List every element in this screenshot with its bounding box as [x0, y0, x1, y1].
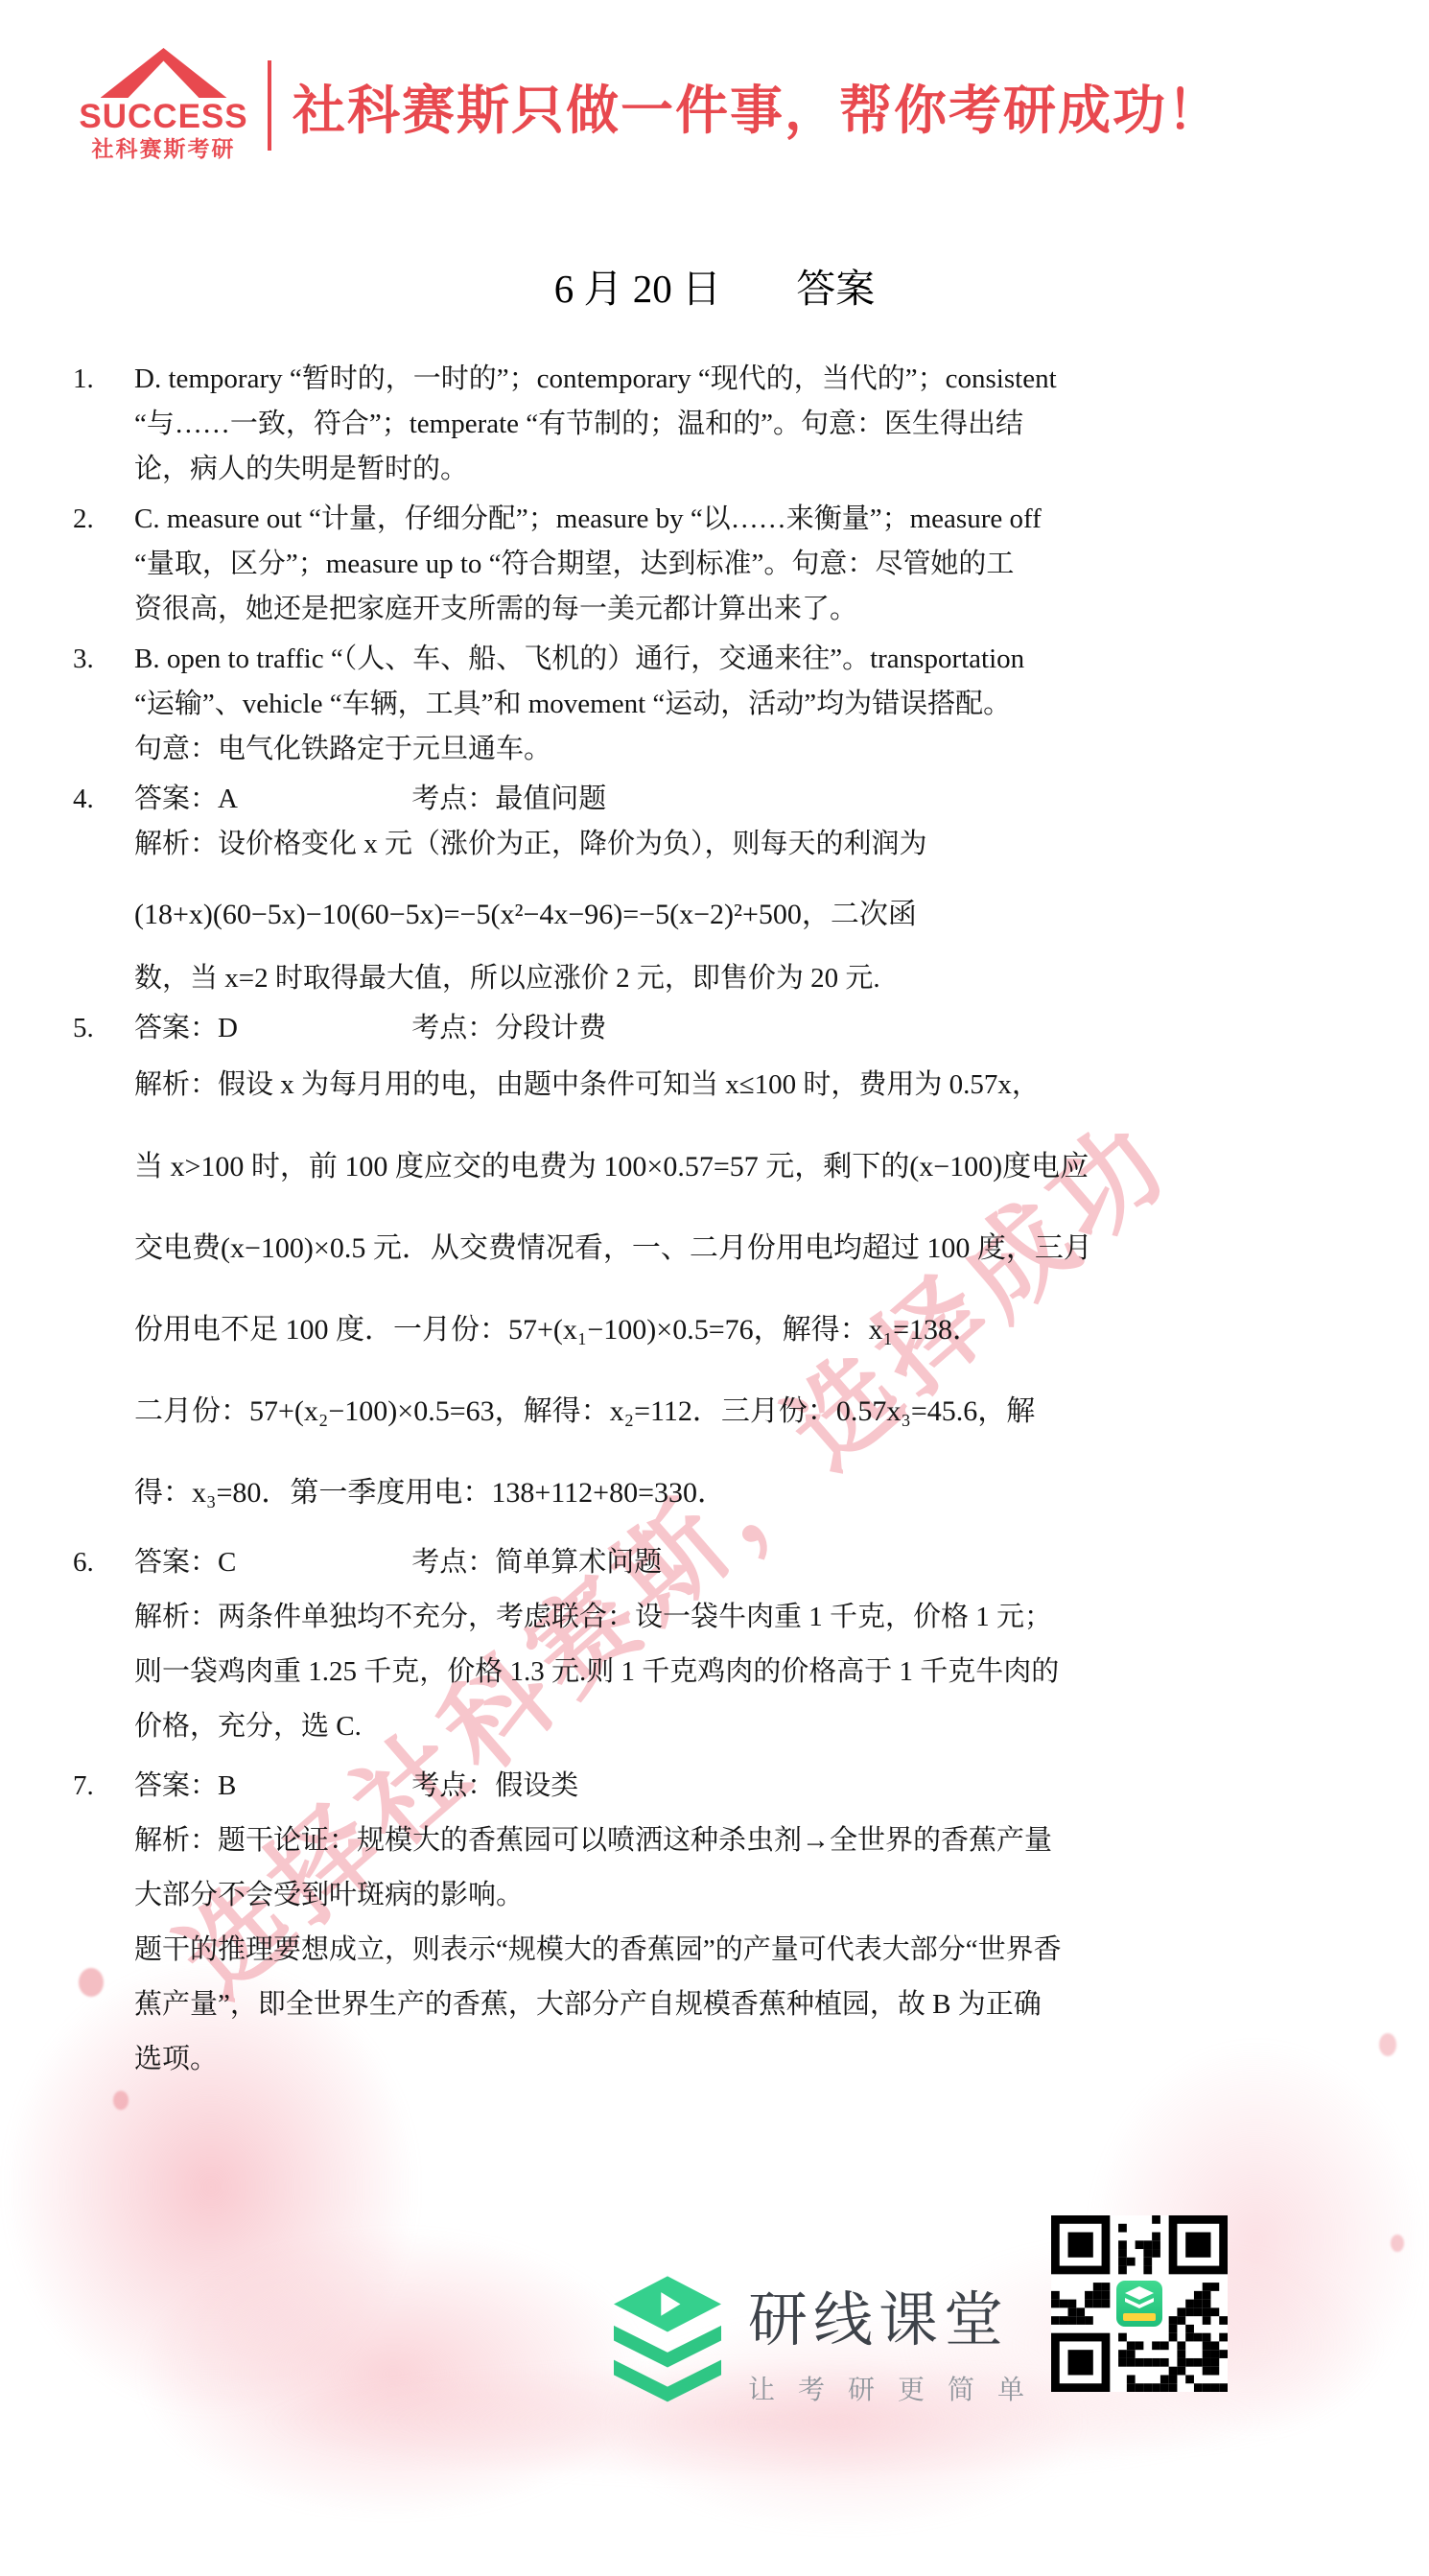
answer-line: “量取，区分”；measure up to “符合期望，达到标准”。句意：尽管她… [134, 542, 1373, 587]
topic-value: 考点：分段计费 [411, 1013, 606, 1043]
watercolor-speck [1379, 2033, 1396, 2056]
item-body: 答案：A 考点：最值问题 解析：设价格变化 x 元（涨价为正，降价为负），则每天… [134, 777, 1373, 1001]
item-body: B. open to traffic “（人、车、船、飞机的）通行，交通来往”。… [134, 637, 1373, 772]
page-title: 6 月 20 日 答案 [0, 257, 1429, 314]
answer-line: 数，当 x=2 时取得最大值，所以应涨价 2 元，即售价为 20 元. [134, 956, 1373, 1001]
formula-line: 当 x>100 时，前 100 度应交的电费为 100×0.57=57 元，剩下… [134, 1144, 1373, 1189]
title-date: 6 月 20 日 [554, 267, 721, 311]
answer-value: 答案：A [134, 777, 405, 822]
answer-line: 题干的推理要想成立，则表示“规模大的香蕉园”的产量可代表大部分“世界香 [134, 1923, 1373, 1978]
item-body: C. measure out “计量，仔细分配”；measure by “以……… [134, 497, 1373, 632]
qr-code [1051, 2215, 1228, 2392]
answer-line: 解析：设价格变化 x 元（涨价为正，降价为负），则每天的利润为 [134, 822, 1373, 867]
brand-subtitle: 社科赛斯考研 [75, 134, 252, 163]
answer-topic-row: 答案：B 考点：假设类 [134, 1759, 1373, 1814]
answer-topic-row: 答案：A 考点：最值问题 [134, 777, 1373, 822]
answer-line: 解析：题干论证：规模大的香蕉园可以喷洒这种杀虫剂→全世界的香蕉产量 [134, 1814, 1373, 1868]
answer-topic-row: 答案：D 考点：分段计费 [134, 1006, 1373, 1051]
topic-value: 考点：最值问题 [411, 784, 606, 814]
answer-line: 资很高，她还是把家庭开支所需的每一美元都计算出来了。 [134, 587, 1373, 632]
answer-value: 答案：C [134, 1535, 405, 1590]
footer-tagline: 让考研更简单 [748, 2369, 1047, 2407]
answer-item-2: 2. C. measure out “计量，仔细分配”；measure by “… [73, 497, 1373, 632]
answer-item-1: 1. D. temporary “暂时的，一时的”；contemporary “… [73, 357, 1373, 492]
success-logo: SUCCESS 社科赛斯考研 [75, 48, 252, 163]
item-number: 1. [73, 357, 134, 492]
header-divider [268, 60, 271, 151]
answer-line: 蕉产量”，即全世界生产的香蕉，大部分产自规模香蕉种植园，故 B 为正确 [134, 1978, 1373, 2032]
answer-line: B. open to traffic “（人、车、船、飞机的）通行，交通来往”。… [134, 637, 1373, 682]
answer-sheet-page: 选择社科赛斯，选择成功 SUCCESS 社科赛斯考研 社科赛斯只做一件事，帮你考… [0, 0, 1429, 2576]
item-number: 5. [73, 1006, 134, 1531]
qr-logo-strip [1123, 2313, 1156, 2321]
topic-value: 考点：简单算术问题 [411, 1547, 662, 1578]
header-slogan: 社科赛斯只做一件事，帮你考研成功！ [293, 68, 1222, 144]
answer-line: 选项。 [134, 2032, 1373, 2087]
answer-topic-row: 答案：C 考点：简单算术问题 [134, 1535, 1373, 1590]
stacked-layers-play-icon [614, 2273, 721, 2417]
item-number: 2. [73, 497, 134, 632]
formula-line: 二月份：57+(x₂−100)×0.5=63，解得：x₂=112．三月份：0.5… [134, 1389, 1373, 1434]
answer-line: 论，病人的失明是暂时的。 [134, 447, 1373, 492]
item-number: 7. [73, 1759, 134, 2087]
topic-value: 考点：假设类 [411, 1770, 578, 1801]
answer-item-3: 3. B. open to traffic “（人、车、船、飞机的）通行，交通来… [73, 637, 1373, 772]
answer-line: C. measure out “计量，仔细分配”；measure by “以……… [134, 497, 1373, 542]
item-body: D. temporary “暂时的，一时的”；contemporary “现代的… [134, 357, 1373, 492]
title-label: 答案 [796, 267, 875, 311]
answer-value: 答案：B [134, 1759, 405, 1814]
header: SUCCESS 社科赛斯考研 社科赛斯只做一件事，帮你考研成功！ [75, 48, 1371, 163]
answer-line: 价格，充分，选 C. [134, 1699, 1373, 1754]
answer-value: 答案：D [134, 1006, 405, 1051]
item-body: 答案：D 考点：分段计费 解析：假设 x 为每月用的电，由题中条件可知当 x≤1… [134, 1006, 1373, 1531]
formula-line: 交电费(x−100)×0.5 元．从交费情况看，一、二月份用电均超过 100 度… [134, 1226, 1373, 1271]
qr-center-logo [1116, 2281, 1162, 2327]
formula-line: 份用电不足 100 度．一月份：57+(x₁−100)×0.5=76，解得：x₁… [134, 1307, 1373, 1352]
footer-text: 研线课堂 让考研更简单 [748, 2273, 1047, 2407]
answer-item-6: 6. 答案：C 考点：简单算术问题 解析：两条件单独均不充分，考虑联合：设一袋牛… [73, 1535, 1373, 1754]
answer-line: D. temporary “暂时的，一时的”；contemporary “现代的… [134, 357, 1373, 402]
brand-name: SUCCESS [75, 100, 252, 134]
item-number: 6. [73, 1535, 134, 1754]
formula-line: (18+x)(60−5x)−10(60−5x)=−5(x²−4x−96)=−5(… [134, 892, 1373, 937]
item-number: 3. [73, 637, 134, 772]
watercolor-speck [113, 2091, 129, 2110]
answer-line: 句意：电气化铁路定于元旦通车。 [134, 727, 1373, 772]
item-body: 答案：B 考点：假设类 解析：题干论证：规模大的香蕉园可以喷洒这种杀虫剂→全世界… [134, 1759, 1373, 2087]
item-body: 答案：C 考点：简单算术问题 解析：两条件单独均不充分，考虑联合：设一袋牛肉重 … [134, 1535, 1373, 1754]
answer-item-5: 5. 答案：D 考点：分段计费 解析：假设 x 为每月用的电，由题中条件可知当 … [73, 1006, 1373, 1531]
answers-list: 1. D. temporary “暂时的，一时的”；contemporary “… [73, 357, 1373, 2092]
formula-line: 得：x₃=80．第一季度用电：138+112+80=330． [134, 1470, 1373, 1515]
yanxian-logo: 研线课堂 让考研更简单 [614, 2273, 1047, 2417]
answer-line: 解析：两条件单独均不充分，考虑联合：设一袋牛肉重 1 千克，价格 1 元； [134, 1590, 1373, 1645]
footer-brand: 研线课堂 [748, 2290, 1047, 2352]
watercolor-speck [1391, 2235, 1404, 2252]
answer-line: “运输”、vehicle “车辆，工具”和 movement “运动，活动”均为… [134, 682, 1373, 727]
answer-line: 解析：假设 x 为每月用的电，由题中条件可知当 x≤100 时，费用为 0.57… [134, 1063, 1373, 1108]
roof-icon [101, 48, 227, 98]
mini-layers-icon [1125, 2286, 1154, 2311]
answer-line: “与……一致，符合”；temperate “有节制的；温和的”。句意：医生得出结 [134, 402, 1373, 447]
answer-line: 大部分不会受到叶斑病的影响。 [134, 1868, 1373, 1923]
answer-item-7: 7. 答案：B 考点：假设类 解析：题干论证：规模大的香蕉园可以喷洒这种杀虫剂→… [73, 1759, 1373, 2087]
item-number: 4. [73, 777, 134, 1001]
answer-line: 则一袋鸡肉重 1.25 千克，价格 1.3 元.则 1 千克鸡肉的价格高于 1 … [134, 1645, 1373, 1699]
answer-item-4: 4. 答案：A 考点：最值问题 解析：设价格变化 x 元（涨价为正，降价为负），… [73, 777, 1373, 1001]
